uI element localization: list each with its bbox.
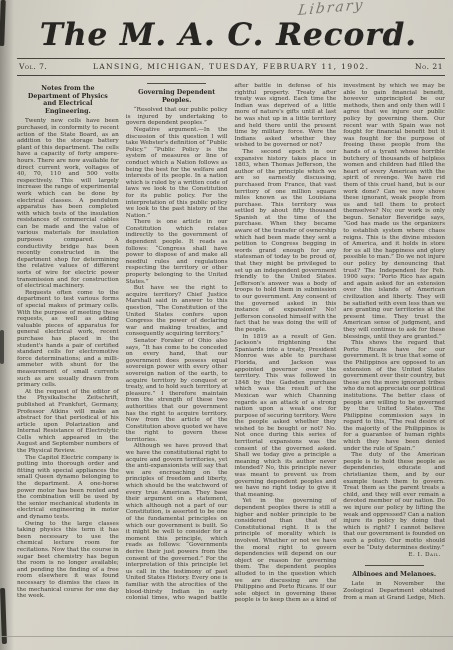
paragraph: The second epoch in our expansive histor…: [235, 149, 337, 334]
author-signature: E. I. Dail.: [343, 552, 445, 559]
paragraph: Requests often come to the department to…: [17, 290, 119, 389]
article-heading: Governing Dependent Peoples.: [131, 89, 223, 104]
article-heading: Notes from the Department of Physics and…: [22, 85, 114, 115]
page-edge-line: [0, 636, 453, 637]
issue-date: LANSING, MICHIGAN, TUESDAY, FEBRUARY 11,…: [93, 62, 369, 71]
paragraph: Senator Foraker of Ohio also says, “It h…: [126, 338, 228, 444]
issue-number-label: No. 21: [415, 62, 443, 71]
dateline-bar: Vol. 7. LANSING, MICHIGAN, TUESDAY, FEBR…: [17, 58, 445, 76]
paragraph: The duty of the American people is to ho…: [343, 452, 445, 551]
paragraph: Twenty new cells have been purchased, in…: [17, 118, 119, 289]
article-columns: Notes from the Department of Physics and…: [17, 83, 445, 607]
section-divider: [147, 83, 206, 84]
newspaper-page: Library The M. A. C. Record. Vol. 7. LAN…: [0, 0, 453, 650]
paragraph: Negative argument.—In the discussion of …: [126, 127, 228, 219]
paragraph: “Resolved that our public policy is inju…: [126, 107, 228, 127]
paragraph: This shows the regard that Porto Ricans …: [343, 340, 445, 452]
paragraph: But have we the right to acquire territo…: [126, 285, 228, 338]
paragraph: Owing to the large classes taking physic…: [17, 521, 119, 600]
binding-shadow: [0, 0, 14, 650]
scan-artifact: [0, 330, 4, 364]
paragraph: At the request of the editor of the Phys…: [17, 389, 119, 455]
article-heading: Albinoes and Melanoes.: [348, 571, 440, 579]
masthead-title: The M. A. C. Record.: [18, 14, 439, 56]
paragraph: In 1819 as a result of Gen. Jackson's fr…: [235, 334, 337, 499]
volume-label: Vol. 7.: [19, 62, 47, 71]
section-divider: [365, 565, 424, 566]
paragraph: The Capitol Electric company is putting …: [17, 455, 119, 521]
paragraph: There is one article in our Constitution…: [126, 219, 228, 285]
